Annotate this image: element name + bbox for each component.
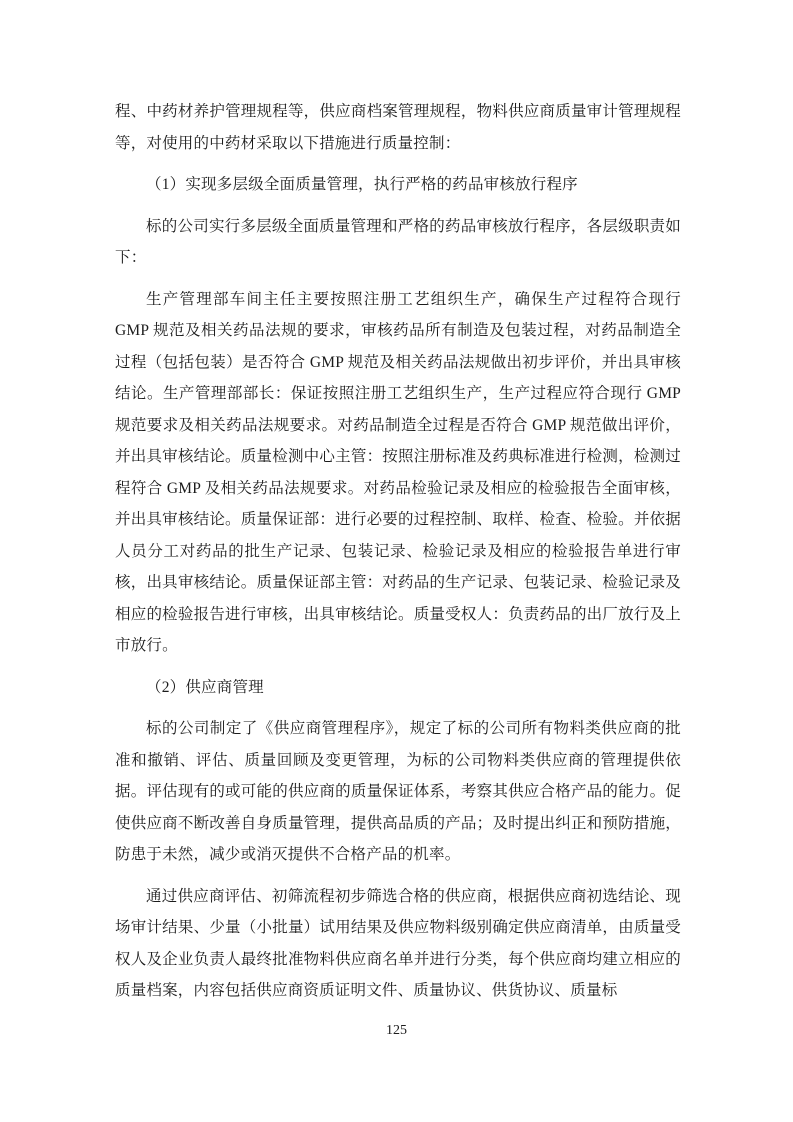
paragraph: 生产管理部车间主任主要按照注册工艺组织生产，确保生产过程符合现行 GMP 规范及… [115,284,681,662]
heading-item-1: （1）实现多层级全面质量管理，执行严格的药品审核放行程序 [115,169,681,201]
document-body: 程、中药材养护管理规程等，供应商档案管理规程，物料供应商质量审计管理规程等，对使… [115,96,681,1017]
paragraph: 标的公司制定了《供应商管理程序》，规定了标的公司所有物料类供应商的批准和撤销、评… [115,713,681,871]
heading-item-2: （2）供应商管理 [115,672,681,704]
document-page: 程、中药材养护管理规程等，供应商档案管理规程，物料供应商质量审计管理规程等，对使… [0,0,793,1122]
paragraph: 标的公司实行多层级全面质量管理和严格的药品审核放行程序，各层级职责如下： [115,211,681,274]
paragraph-continuation: 程、中药材养护管理规程等，供应商档案管理规程，物料供应商质量审计管理规程等，对使… [115,96,681,159]
page-number: 125 [0,1022,793,1040]
paragraph: 通过供应商评估、初筛流程初步筛选合格的供应商，根据供应商初选结论、现场审计结果、… [115,881,681,1007]
